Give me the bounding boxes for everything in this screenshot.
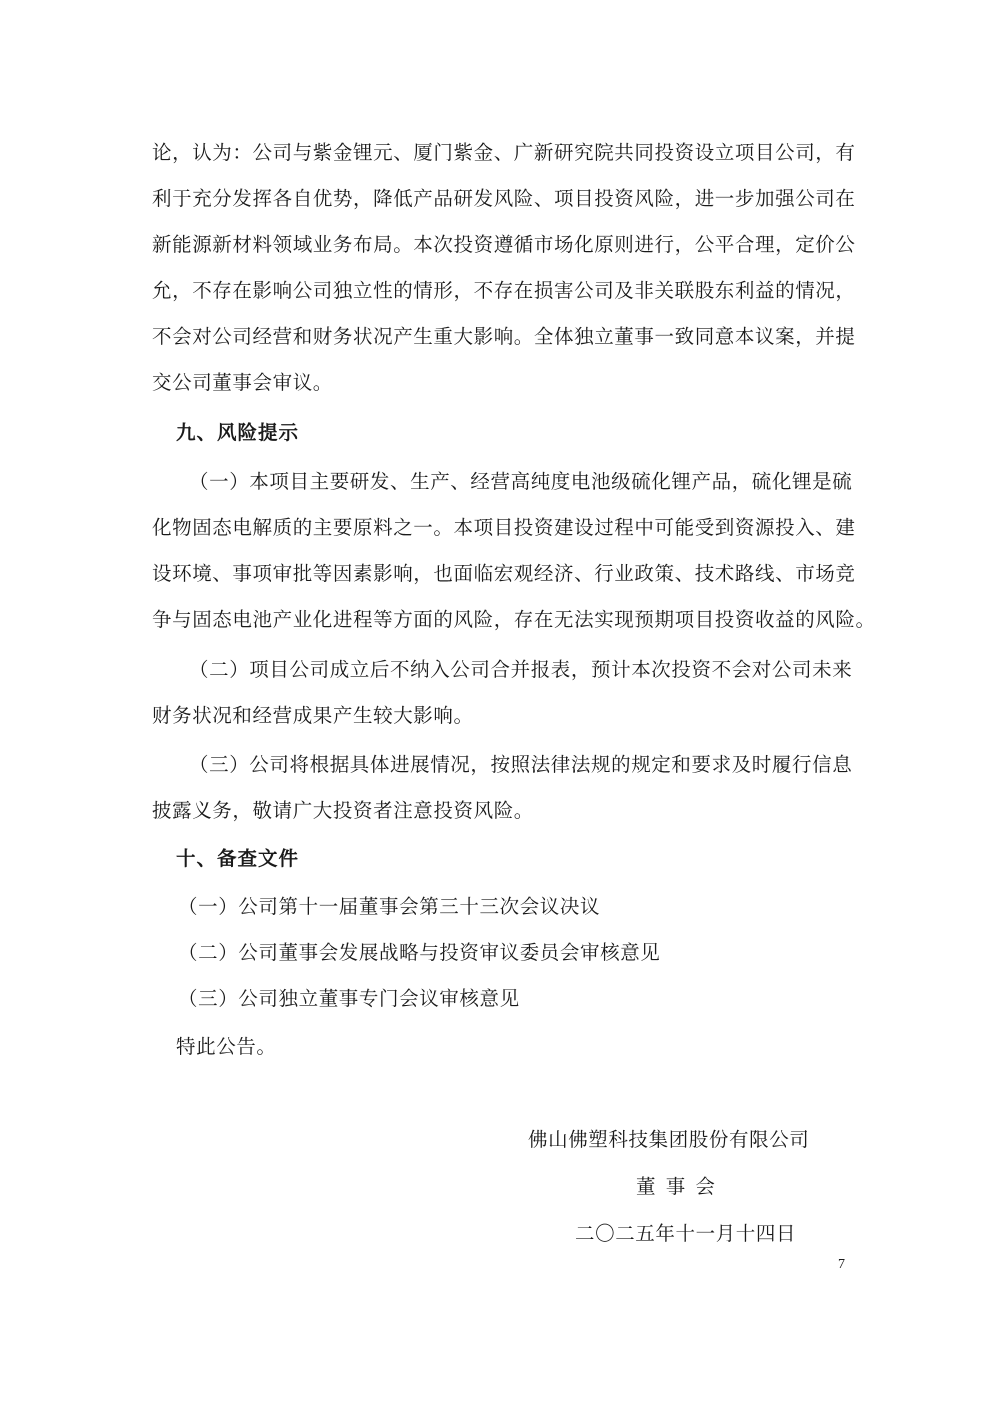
risk-item-1-line: 设环境、事项审批等因素影响，也面临宏观经济、行业政策、技术路线、市场竞 [152,561,852,587]
risk-item-1-line: （一）本项目主要研发、生产、经营高纯度电池级硫化锂产品，硫化锂是硫 [189,469,852,495]
risk-item-2-line: 财务状况和经营成果产生较大影响。 [152,703,852,729]
signature-date: 二〇二五年十一月十四日 [575,1221,796,1247]
intro-line: 不会对公司经营和财务状况产生重大影响。全体独立董事一致同意本议案，并提 [152,324,852,350]
closing-statement: 特此公告。 [176,1034,277,1060]
intro-line: 新能源新材料领域业务布局。本次投资遵循市场化原则进行，公平合理，定价公 [152,232,852,258]
signature-board: 董 事 会 [636,1174,717,1200]
risk-item-1-line: 化物固态电解质的主要原料之一。本项目投资建设过程中可能受到资源投入、建 [152,515,852,541]
risk-item-3-line: 披露义务，敬请广大投资者注意投资风险。 [152,798,852,824]
reference-document-item: （一）公司第十一届董事会第三十三次会议决议 [178,894,600,920]
page-number: 7 [838,1257,845,1273]
intro-line: 利于充分发挥各自优势，降低产品研发风险、项目投资风险，进一步加强公司在 [152,186,852,212]
intro-line: 论，认为：公司与紫金锂元、厦门紫金、广新研究院共同投资设立项目公司，有 [152,140,852,166]
signature-company: 佛山佛塑科技集团股份有限公司 [528,1127,809,1153]
reference-document-item: （二）公司董事会发展战略与投资审议委员会审核意见 [178,940,660,966]
intro-line: 交公司董事会审议。 [152,370,852,396]
risk-item-2-line: （二）项目公司成立后不纳入公司合并报表，预计本次投资不会对公司未来 [189,657,852,683]
section-heading-risk-warning: 九、风险提示 [176,420,299,446]
risk-item-1-line: 争与固态电池产业化进程等方面的风险，存在无法实现预期项目投资收益的风险。 [152,607,852,633]
intro-line: 允，不存在影响公司独立性的情形，不存在损害公司及非关联股东利益的情况， [152,278,852,304]
reference-document-item: （三）公司独立董事专门会议审核意见 [178,986,520,1012]
risk-item-3-line: （三）公司将根据具体进展情况，按照法律法规的规定和要求及时履行信息 [189,752,852,778]
section-heading-reference-documents: 十、备查文件 [176,846,299,872]
document-page: 论，认为：公司与紫金锂元、厦门紫金、广新研究院共同投资设立项目公司，有 利于充分… [0,0,1000,1414]
